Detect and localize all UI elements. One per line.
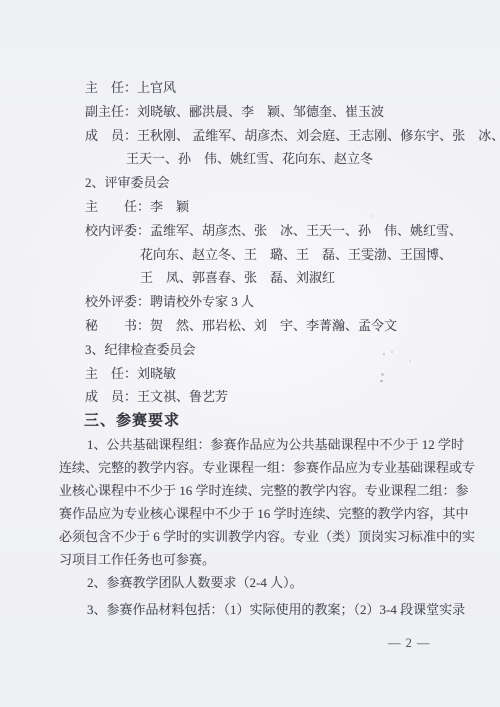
doc-line: 2、评审委员会 (85, 171, 456, 195)
doc-line: 3、参赛作品材料包括：（1）实际使用的教案；（2）3-4 段课堂实录 (87, 598, 456, 621)
doc-line: 习项目工作任务也可参赛。 (59, 548, 456, 571)
doc-line: 连续、完整的教学内容。专业课程一组：参赛作品应为专业基础课程或专 (59, 456, 456, 479)
doc-line: 1、公共基础课程组：参赛作品应为公共基础课程中不少于 12 学时 (87, 433, 456, 456)
document-content: 主 任：上官风 副主任：刘晓敏、郦洪晨、李 颖、邹德奎、崔玉波 成 员：王秋刚、… (59, 76, 456, 621)
doc-line: 花向东、赵立冬、王 璐、王 磊、王雯渤、王国博、 (140, 243, 456, 267)
section-heading: 三、参赛要求 (84, 409, 456, 433)
committee-section: 主 任：上官风 副主任：刘晓敏、郦洪晨、李 颖、邹德奎、崔玉波 成 员：王秋刚、… (59, 76, 456, 409)
doc-line: 王 凤、郭喜春、张 磊、刘淑红 (140, 266, 456, 290)
doc-line: 王天一、孙 伟、姚红雪、花向东、赵立冬 (126, 147, 456, 171)
page-number: — 2 — (388, 636, 431, 651)
doc-line: 成 员：王秋刚、 孟维军、胡彦杰、刘会庭、王志刚、修东宇、张 冰、 (85, 124, 456, 148)
doc-line: 3、纪律检查委员会 (85, 338, 456, 362)
doc-line: 主 任：上官风 (85, 76, 456, 100)
doc-line: 校内评委：孟维军、胡彦杰、张 冰、王天一、孙 伟、姚红雪、 (85, 219, 456, 243)
doc-line: 必须包含不少于 6 学时的实训教学内容。专业（类）顶岗实习标准中的实 (59, 525, 456, 548)
doc-line: 业核心课程中不少于 16 学时连续、完整的教学内容。专业课程二组：参 (59, 479, 456, 502)
doc-line: 秘 书：贺 然、邢岩松、刘 宇、李菁瀚、孟令文 (85, 314, 456, 338)
doc-line: 主 任：李 颖 (85, 195, 456, 219)
doc-line: 副主任：刘晓敏、郦洪晨、李 颖、邹德奎、崔玉波 (85, 100, 456, 124)
doc-line: 赛作品应为专业核心课程中不少于 16 学时连续、完整的教学内容，其中 (59, 502, 456, 525)
doc-line: 校外评委：聘请校外专家 3 人 (85, 290, 456, 314)
doc-line: 2、参赛教学团队人数要求（2-4 人）。 (87, 571, 456, 594)
doc-line: 主 任：刘晓敏 (85, 362, 456, 386)
doc-line: 成 员：王文祺、鲁艺芳 (85, 385, 456, 409)
scanned-document-page: 主 任：上官风 副主任：刘晓敏、郦洪晨、李 颖、邹德奎、崔玉波 成 员：王秋刚、… (0, 0, 500, 707)
requirements-section: 1、公共基础课程组：参赛作品应为公共基础课程中不少于 12 学时 连续、完整的教… (59, 433, 456, 621)
